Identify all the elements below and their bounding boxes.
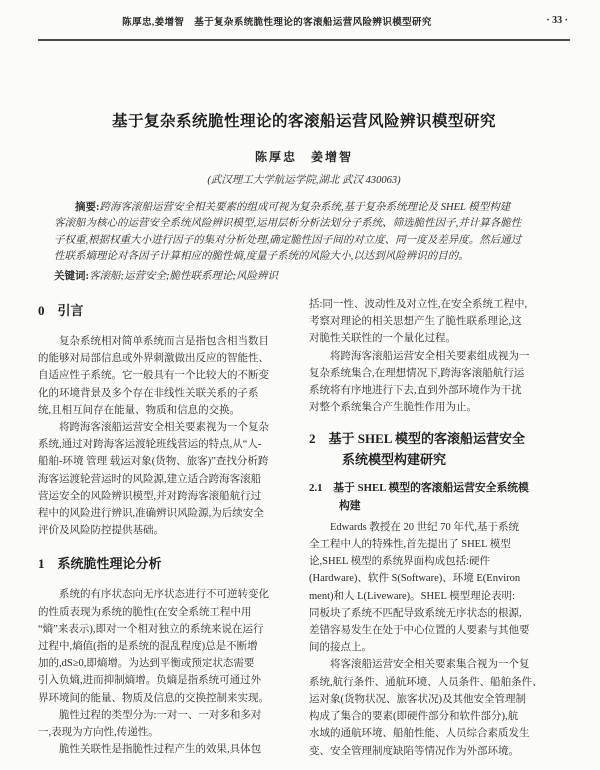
section-1-paragraph-3: 脆性关联性是指脆性过程产生的效果,具体包 (38, 741, 299, 758)
abstract-block: 摘要:跨海客滚船运营安全相关要素的组成可视为复杂系统,基于复杂系统理论及 SHE… (38, 200, 570, 285)
keywords-text: 客滚船;运营安全;脆性联系理论;风险辨识 (89, 271, 278, 282)
two-column-body: 0 引言 复杂系统相对简单系统而言是指包含相当数目 的能够对局部信息或外界刺激做… (38, 296, 570, 760)
section-2-paragraph-2: 将客滚船运营安全相关要素集合视为一个复 系统,航行条件、通航环境、人员条件、船舶… (309, 656, 570, 759)
section-2-paragraph-1: Edwards 教授在 20 世纪 70 年代,基于系统 全工程中人的特殊性,首… (309, 519, 570, 657)
keywords-label: 关键词: (54, 271, 89, 282)
section-1-paragraph-1: 系统的有序状态向无序状态进行不可逆转变化 的性质表现为系统的脆性(在安全系统工程… (38, 586, 299, 706)
section-1-heading: 1 系统脆性理论分析 (38, 553, 299, 574)
left-column: 0 引言 复杂系统相对简单系统而言是指包含相当数目 的能够对局部信息或外界刺激做… (38, 296, 299, 760)
section-0-heading: 0 引言 (38, 300, 299, 321)
page-number: · 33 · (546, 15, 568, 26)
intro-paragraph-2: 将跨海客滚船运营安全相关要素视为一个复杂 系统,通过对跨海客运渡轮班线营运的特点… (38, 419, 299, 539)
abstract-label: 摘要: (75, 202, 100, 213)
intro-paragraph-1: 复杂系统相对简单系统而言是指包含相当数目 的能够对局部信息或外界刺激做出反应的智… (38, 333, 299, 419)
paper-title: 基于复杂系统脆性理论的客滚船运营风险辨识模型研究 (38, 109, 570, 131)
page-header: 陈厚忠,姜增智 基于复杂系统脆性理论的客滚船运营风险辨识模型研究 · 33 · (38, 14, 570, 32)
paper-affiliation: (武汉理工大学航运学院,湖北 武汉 430063) (38, 172, 570, 187)
right-column: 括:同一性、波动性及对立性,在安全系统工程中, 考察对理论的相关思想产生了脆性联… (309, 296, 570, 760)
running-head: 陈厚忠,姜增智 基于复杂系统脆性理论的客滚船运营风险辨识模型研究 (38, 14, 570, 28)
abstract-text: 跨海客滚船运营安全相关要素的组成可视为复杂系统,基于复杂系统理论及 SHEL 模… (54, 202, 521, 262)
subsection-2-1-heading: 2.1 基于 SHEL 模型的客滚船运营安全系统模 构建 (309, 480, 570, 514)
header-rule (38, 39, 570, 41)
abstract-paragraph: 摘要:跨海客滚船运营安全相关要素的组成可视为复杂系统,基于复杂系统理论及 SHE… (54, 200, 548, 266)
paper-page: 陈厚忠,姜增智 基于复杂系统脆性理论的客滚船运营风险辨识模型研究 · 33 · … (0, 0, 600, 770)
continuation-paragraph: 括:同一性、波动性及对立性,在安全系统工程中, 考察对理论的相关思想产生了脆性联… (309, 296, 570, 348)
section-1-paragraph-2: 脆性过程的类型分为:一对一、一对多和多对 一,表现为方向性,传递性。 (38, 707, 299, 741)
paper-authors: 陈厚忠 姜增智 (38, 148, 570, 165)
right-paragraph-2: 将跨海客滚船运营安全相关要素组成视为一 复杂系统集合,在理想情况下,跨海客滚船航… (309, 348, 570, 417)
section-2-heading: 2 基于 SHEL 模型的客滚船运营安全 系统模型构建研究 (309, 428, 570, 470)
keywords-line: 关键词:客滚船;运营安全;脆性联系理论;风险辨识 (54, 269, 548, 285)
